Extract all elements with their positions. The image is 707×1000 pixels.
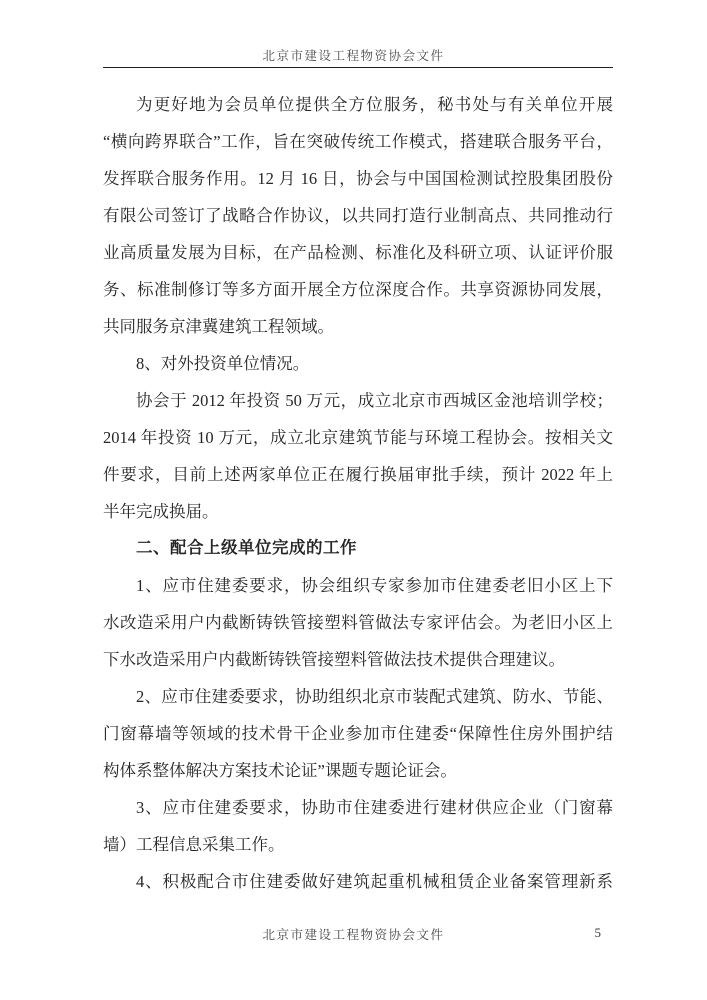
header-title: 北京市建设工程物资协会文件 [0, 46, 707, 64]
body-line: 1、应市住建委要求，协会组织专家参加市住建委老旧小区上下 [103, 567, 613, 604]
body-line: 下水改造采用户内截断铸铁管接塑料管做法技术提供合理建议。 [103, 641, 613, 678]
body-line: “横向跨界联合”工作，旨在突破传统工作模式，搭建联合服务平台， [103, 123, 613, 160]
body-line: 2、应市住建委要求，协助组织北京市装配式建筑、防水、节能、 [103, 678, 613, 715]
body-line: 2014 年投资 10 万元，成立北京建筑节能与环境工程协会。按相关文 [103, 419, 613, 456]
document-page: 北京市建设工程物资协会文件 为更好地为会员单位提供全方位服务，秘书处与有关单位开… [0, 0, 707, 1000]
body-line: 半年完成换届。 [103, 493, 613, 530]
page-number: 5 [595, 925, 602, 941]
section-heading: 二、配合上级单位完成的工作 [103, 530, 613, 567]
body-line: 门窗幕墙等领域的技术骨干企业参加市住建委“保障性住房外围护结 [103, 715, 613, 752]
body-line: 构体系整体解决方案技术论证”课题专题论证会。 [103, 752, 613, 789]
header-rule [103, 67, 613, 68]
body-line: 协会于 2012 年投资 50 万元，成立北京市西城区金池培训学校； [103, 382, 613, 419]
body-line: 为更好地为会员单位提供全方位服务，秘书处与有关单位开展 [103, 86, 613, 123]
document-body: 为更好地为会员单位提供全方位服务，秘书处与有关单位开展 “横向跨界联合”工作，旨… [103, 86, 613, 900]
body-line: 发挥联合服务作用。12 月 16 日，协会与中国国检测试控股集团股份 [103, 160, 613, 197]
body-line: 墙）工程信息采集工作。 [103, 826, 613, 863]
body-line: 4、积极配合市住建委做好建筑起重机械租赁企业备案管理新系 [103, 863, 613, 900]
body-line: 共同服务京津冀建筑工程领域。 [103, 308, 613, 345]
body-line: 业高质量发展为目标，在产品检测、标准化及科研立项、认证评价服 [103, 234, 613, 271]
body-line: 水改造采用户内截断铸铁管接塑料管做法专家评估会。为老旧小区上 [103, 604, 613, 641]
body-line: 8、对外投资单位情况。 [103, 345, 613, 382]
body-line: 件要求，目前上述两家单位正在履行换届审批手续，预计 2022 年上 [103, 456, 613, 493]
body-line: 3、应市住建委要求，协助市住建委进行建材供应企业（门窗幕 [103, 789, 613, 826]
body-line: 务、标准制修订等多方面开展全方位深度合作。共享资源协同发展， [103, 271, 613, 308]
body-line: 有限公司签订了战略合作协议，以共同打造行业制高点、共同推动行 [103, 197, 613, 234]
